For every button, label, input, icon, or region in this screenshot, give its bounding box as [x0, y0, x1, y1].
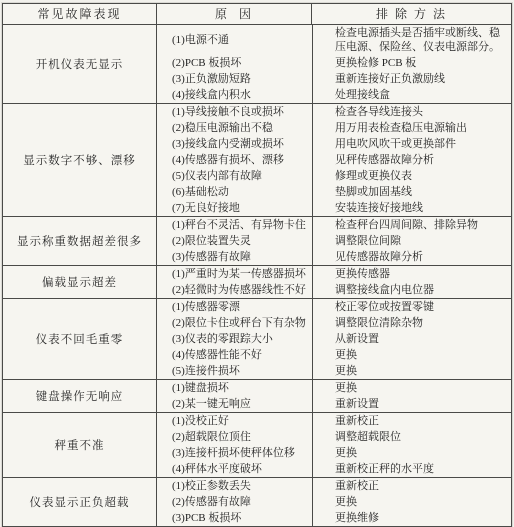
- remedy-text: 更换检修 PCB 板: [312, 55, 511, 71]
- table-row: 开机仪表无显示(1)电源不通检查电源插头是否插牢或断线、稳压电源、保险丝、仪表电…: [3, 25, 511, 104]
- remedy-text: 重新校正秤的水平度: [312, 461, 511, 477]
- remedy-text: 见秤传感器故障分析: [312, 152, 511, 168]
- remedy-text: 修理或更换仪表: [312, 168, 511, 184]
- cause-remedy-list: (1)电源不通检查电源插头是否插牢或断线、稳压电源、保险丝、仪表电源部分。(2)…: [157, 25, 511, 103]
- table-row: 秤重不准(1)没校正好重新校正(2)超载限位顶住调整超载限位(3)连接杆损坏使秤…: [3, 413, 511, 478]
- fault-diagnosis-table: 常见故障表现 原 因 排 除 方 法 开机仪表无显示(1)电源不通检查电源插头是…: [2, 3, 512, 525]
- cause-text: (3)正负激励短路: [157, 71, 312, 87]
- cause-text: (1)严重时为某一传感器损坏: [157, 266, 312, 282]
- table-header-row: 常见故障表现 原 因 排 除 方 法: [3, 4, 511, 25]
- cause-remedy-pair: (5)仪表内部有故障修理或更换仪表: [157, 168, 511, 184]
- remedy-text: 安装连接好接地线: [312, 200, 511, 216]
- cause-text: (1)校正参数丢失: [157, 478, 312, 494]
- remedy-text: 用万用表检查稳压电源输出: [312, 120, 511, 136]
- remedy-text: 调整接线盒内电位器: [312, 282, 511, 298]
- remedy-text: 更换传感器: [312, 266, 511, 282]
- cause-remedy-pair: (4)接线盒内积水处理接线盒: [157, 87, 511, 103]
- cause-text: (1)秤台不灵活、有异物卡住: [157, 217, 312, 233]
- fault-symptom-label: 键盘操作无响应: [3, 380, 157, 412]
- table-row: 显示数字不够、漂移(1)导线接触不良或损坏检查各导线连接头(2)稳压电源输出不稳…: [3, 104, 511, 217]
- remedy-text: 调整限位清除杂物: [312, 315, 511, 331]
- cause-text: (5)仪表内部有故障: [157, 168, 312, 184]
- cause-remedy-pair: (1)校正参数丢失重新校正: [157, 478, 511, 494]
- cause-remedy-pair: (3)正负激励短路重新连接好正负激励线: [157, 71, 511, 87]
- remedy-text: 见传感器故障分析: [312, 249, 511, 265]
- cause-remedy-pair: (2)超载限位顶住调整超载限位: [157, 429, 511, 445]
- remedy-text: 重新设置: [312, 396, 511, 412]
- cause-text: (1)电源不通: [157, 32, 312, 48]
- cause-remedy-pair: (7)无良好接地安装连接好接地线: [157, 200, 511, 216]
- cause-text: (7)无良好接地: [157, 200, 312, 216]
- cause-remedy-pair: (3)传感器有故障见传感器故障分析: [157, 249, 511, 265]
- table-row: 键盘操作无响应(1)键盘损坏更换(2)某一键无响应重新设置: [3, 380, 511, 413]
- fault-symptom-label: 开机仪表无显示: [3, 25, 157, 103]
- cause-remedy-list: (1)秤台不灵活、有异物卡住检查秤台四周间隙、排除异物(2)限位装置失灵调整限位…: [157, 217, 511, 265]
- cause-remedy-pair: (2)传感器有故障更换: [157, 494, 511, 510]
- cause-remedy-pair: (1)秤台不灵活、有异物卡住检查秤台四周间隙、排除异物: [157, 217, 511, 233]
- remedy-text: 检查各导线连接头: [312, 104, 511, 120]
- cause-remedy-pair: (1)传感器零漂校正零位或按置零键: [157, 299, 511, 315]
- cause-text: (1)没校正好: [157, 413, 312, 429]
- cause-remedy-pair: (1)导线接触不良或损坏检查各导线连接头: [157, 104, 511, 120]
- cause-remedy-pair: (4)传感器有损坏、漂移见秤传感器故障分析: [157, 152, 511, 168]
- cause-remedy-pair: (2)限位装置失灵调整限位间隙: [157, 233, 511, 249]
- remedy-text: 更换维修: [312, 510, 511, 525]
- remedy-text: 校正零位或按置零键: [312, 299, 511, 315]
- remedy-text: 更换: [312, 347, 511, 363]
- cause-text: (5)连接件损坏: [157, 363, 312, 379]
- cause-text: (3)仪表的零跟踪大小: [157, 331, 312, 347]
- remedy-text: 更换: [312, 380, 511, 396]
- cause-text: (3)接线盒内受潮或损坏: [157, 136, 312, 152]
- cause-remedy-list: (1)键盘损坏更换(2)某一键无响应重新设置: [157, 380, 511, 412]
- cause-text: (1)导线接触不良或损坏: [157, 104, 312, 120]
- cause-remedy-pair: (2)稳压电源输出不稳用万用表检查稳压电源输出: [157, 120, 511, 136]
- cause-remedy-pair: (3)仪表的零跟踪大小从新设置: [157, 331, 511, 347]
- cause-remedy-pair: (1)电源不通检查电源插头是否插牢或断线、稳压电源、保险丝、仪表电源部分。: [157, 25, 511, 55]
- cause-text: (2)轻微时为传感器线性不好: [157, 282, 312, 298]
- table-row: 偏载显示超差(1)严重时为某一传感器损坏更换传感器(2)轻微时为传感器线性不好调…: [3, 266, 511, 299]
- cause-text: (4)秤体水平度破坏: [157, 461, 312, 477]
- cause-text: (3)连接杆损坏使秤体位移: [157, 445, 312, 461]
- cause-remedy-pair: (6)基础松动垫脚或加固基线: [157, 184, 511, 200]
- fault-symptom-label: 仪表显示正负超载: [3, 478, 157, 525]
- remedy-text: 处理接线盒: [312, 87, 511, 103]
- cause-remedy-list: (1)没校正好重新校正(2)超载限位顶住调整超载限位(3)连接杆损坏使秤体位移更…: [157, 413, 511, 477]
- cause-text: (1)传感器零漂: [157, 299, 312, 315]
- cause-text: (3)PCB 板损坏: [157, 510, 312, 525]
- remedy-text: 垫脚或加固基线: [312, 184, 511, 200]
- remedy-text: 更换: [312, 363, 511, 379]
- fault-symptom-label: 仪表不回毛重零: [3, 299, 157, 379]
- cause-text: (2)PCB 板损坏: [157, 55, 312, 71]
- cause-remedy-pair: (1)没校正好重新校正: [157, 413, 511, 429]
- cause-remedy-pair: (3)PCB 板损坏更换维修: [157, 510, 511, 525]
- cause-remedy-pair: (4)传感器性能不好更换: [157, 347, 511, 363]
- remedy-text: 调整超载限位: [312, 429, 511, 445]
- fault-symptom-label: 秤重不准: [3, 413, 157, 477]
- fault-symptom-label: 偏载显示超差: [3, 266, 157, 298]
- cause-remedy-pair: (4)秤体水平度破坏重新校正秤的水平度: [157, 461, 511, 477]
- cause-remedy-pair: (2)某一键无响应重新设置: [157, 396, 511, 412]
- cause-text: (2)限位卡住或秤台下有杂物: [157, 315, 312, 331]
- remedy-text: 重新连接好正负激励线: [312, 71, 511, 87]
- fault-table-body: 开机仪表无显示(1)电源不通检查电源插头是否插牢或断线、稳压电源、保险丝、仪表电…: [3, 25, 511, 525]
- cause-text: (2)稳压电源输出不稳: [157, 120, 312, 136]
- header-remedy: 排 除 方 法: [312, 4, 511, 24]
- remedy-text: 重新校正: [312, 478, 511, 494]
- cause-text: (2)传感器有故障: [157, 494, 312, 510]
- cause-text: (2)限位装置失灵: [157, 233, 312, 249]
- remedy-text: 更换: [312, 445, 511, 461]
- cause-remedy-list: (1)导线接触不良或损坏检查各导线连接头(2)稳压电源输出不稳用万用表检查稳压电…: [157, 104, 511, 216]
- cause-text: (4)接线盒内积水: [157, 87, 312, 103]
- cause-remedy-list: (1)传感器零漂校正零位或按置零键(2)限位卡住或秤台下有杂物调整限位清除杂物(…: [157, 299, 511, 379]
- cause-remedy-pair: (5)连接件损坏更换: [157, 363, 511, 379]
- remedy-text: 从新设置: [312, 331, 511, 347]
- cause-remedy-pair: (3)接线盒内受潮或损坏用电吹风吹干或更换部件: [157, 136, 511, 152]
- fault-symptom-label: 显示数字不够、漂移: [3, 104, 157, 216]
- cause-text: (4)传感器有损坏、漂移: [157, 152, 312, 168]
- cause-remedy-list: (1)严重时为某一传感器损坏更换传感器(2)轻微时为传感器线性不好调整接线盒内电…: [157, 266, 511, 298]
- remedy-text: 检查电源插头是否插牢或断线、稳压电源、保险丝、仪表电源部分。: [312, 25, 511, 55]
- cause-text: (3)传感器有故障: [157, 249, 312, 265]
- table-row: 显示称重数据超差很多(1)秤台不灵活、有异物卡住检查秤台四周间隙、排除异物(2)…: [3, 217, 511, 266]
- cause-remedy-pair: (2)PCB 板损坏更换检修 PCB 板: [157, 55, 511, 71]
- fault-symptom-label: 显示称重数据超差很多: [3, 217, 157, 265]
- remedy-text: 调整限位间隙: [312, 233, 511, 249]
- cause-remedy-pair: (1)严重时为某一传感器损坏更换传感器: [157, 266, 511, 282]
- remedy-text: 重新校正: [312, 413, 511, 429]
- cause-text: (4)传感器性能不好: [157, 347, 312, 363]
- header-cause: 原 因: [157, 4, 312, 24]
- cause-remedy-pair: (3)连接杆损坏使秤体位移更换: [157, 445, 511, 461]
- table-row: 仪表不回毛重零(1)传感器零漂校正零位或按置零键(2)限位卡住或秤台下有杂物调整…: [3, 299, 511, 380]
- table-row: 仪表显示正负超载(1)校正参数丢失重新校正(2)传感器有故障更换(3)PCB 板…: [3, 478, 511, 525]
- remedy-text: 用电吹风吹干或更换部件: [312, 136, 511, 152]
- cause-remedy-pair: (1)键盘损坏更换: [157, 380, 511, 396]
- remedy-text: 更换: [312, 494, 511, 510]
- cause-remedy-pair: (2)轻微时为传感器线性不好调整接线盒内电位器: [157, 282, 511, 298]
- cause-text: (6)基础松动: [157, 184, 312, 200]
- cause-remedy-list: (1)校正参数丢失重新校正(2)传感器有故障更换(3)PCB 板损坏更换维修: [157, 478, 511, 525]
- cause-remedy-pair: (2)限位卡住或秤台下有杂物调整限位清除杂物: [157, 315, 511, 331]
- header-symptom: 常见故障表现: [3, 4, 157, 24]
- cause-text: (1)键盘损坏: [157, 380, 312, 396]
- cause-text: (2)某一键无响应: [157, 396, 312, 412]
- cause-text: (2)超载限位顶住: [157, 429, 312, 445]
- remedy-text: 检查秤台四周间隙、排除异物: [312, 217, 511, 233]
